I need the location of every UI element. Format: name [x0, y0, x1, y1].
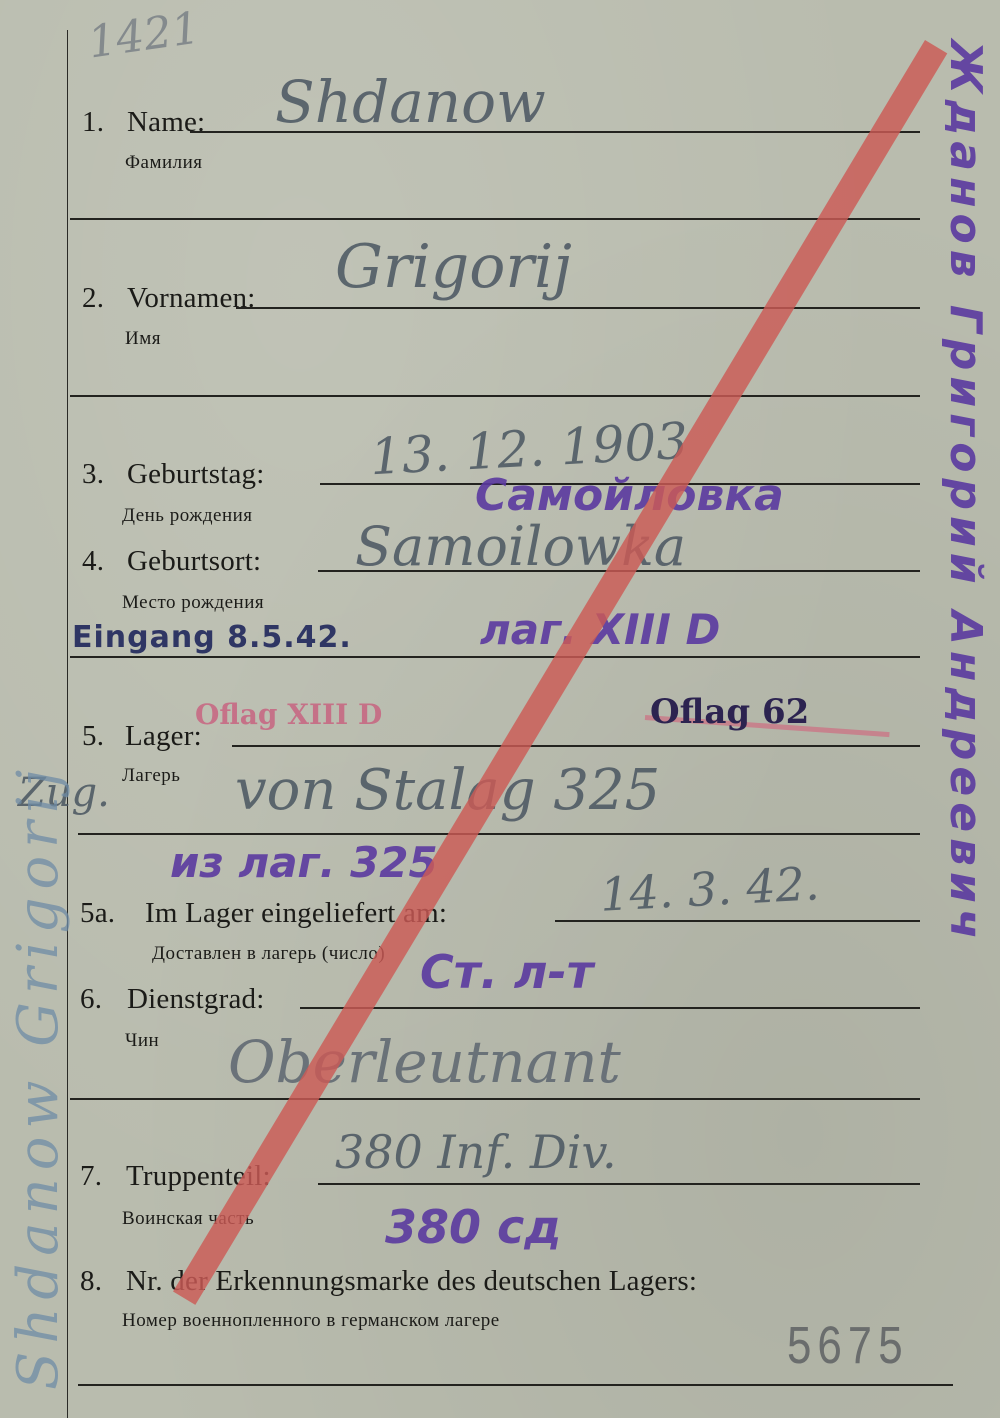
field-5-number: 5.: [82, 720, 104, 753]
field-5-label: Lager:: [125, 720, 202, 753]
field-4-bottom-line: [70, 656, 920, 658]
field-8-bottom-line: [78, 1384, 953, 1386]
left-margin-annotation: Shdanow Grigorij: [0, 90, 60, 1390]
field-2-bottom-line: [70, 395, 920, 397]
pow-registration-card: 1421 1. Name: Фамилия Shdanow 2. Vorname…: [0, 0, 1000, 1418]
field-5-value: von Stalag 325: [235, 758, 660, 823]
field-2-number: 2.: [82, 282, 104, 315]
field-1-number: 1.: [82, 106, 104, 139]
right-margin-text: Жданов Григорий Андреевич: [940, 40, 991, 945]
field-6-label-ru: Чин: [125, 1030, 159, 1052]
field-1-bottom-line: [70, 218, 920, 220]
field-2-label-ru: Имя: [125, 328, 161, 350]
field-4-ru-annotation: Самойловка: [475, 470, 784, 521]
field-1-label-ru: Фамилия: [125, 152, 203, 174]
field-7-line: [318, 1183, 920, 1185]
field-6-number: 6.: [80, 983, 102, 1016]
field-8-label-ru: Номер военнопленного в германском лагере: [122, 1310, 500, 1332]
field-2-line: [236, 307, 920, 309]
field-6-label: Dienstgrad:: [127, 983, 265, 1016]
field-5a-number: 5a.: [80, 897, 115, 930]
field-5a-value: 14. 3. 42.: [599, 856, 821, 921]
left-margin-text: Shdanow Grigorij: [6, 762, 71, 1390]
field-1-label: Name:: [127, 106, 205, 139]
field-8-number: 8.: [80, 1265, 102, 1298]
oflag-62-stamp: Oflag 62: [650, 692, 809, 732]
field-3-label-ru: День рождения: [122, 505, 253, 527]
field-4-number: 4.: [82, 545, 104, 578]
field-4-label-ru: Место рождения: [122, 592, 264, 614]
field-3-label: Geburtstag:: [127, 458, 265, 491]
field-5-line: [232, 745, 920, 747]
field-6-ru-annotation: Ст. л-т: [420, 945, 593, 999]
field-7-value: 380 Inf. Div.: [335, 1125, 617, 1179]
field-5-label-ru: Лагерь: [122, 765, 180, 787]
right-margin-annotation: Жданов Григорий Андреевич: [935, 40, 995, 1390]
eingang-stamp: Eingang 8.5.42.: [72, 620, 352, 655]
field-7-number: 7.: [80, 1160, 102, 1193]
field-2-value: Grigorij: [335, 232, 572, 302]
field-6-line: [300, 1007, 920, 1009]
field-7-ru-annotation: 380 сд: [385, 1200, 561, 1254]
red-cross-out-stroke: [173, 40, 947, 1305]
field-1-value: Shdanow: [275, 68, 546, 136]
pow-number-stamp: 5675: [786, 1318, 908, 1381]
field-5-ru-annotation: из лаг. 325: [170, 838, 438, 887]
field-3-number: 3.: [82, 458, 104, 491]
oflag-xiii-d-stamp: Oflag XIII D: [195, 698, 382, 731]
field-5a-label-ru: Доставлен в лагерь (число): [152, 943, 385, 965]
archive-number: 1421: [85, 2, 203, 68]
field-4-label: Geburtsort:: [127, 545, 261, 578]
field-2-label: Vornamen:: [127, 282, 256, 315]
field-5-bottom-line: [78, 833, 920, 835]
field-6-value: Oberleutnant: [228, 1028, 621, 1096]
field-6-bottom-line: [70, 1098, 920, 1100]
